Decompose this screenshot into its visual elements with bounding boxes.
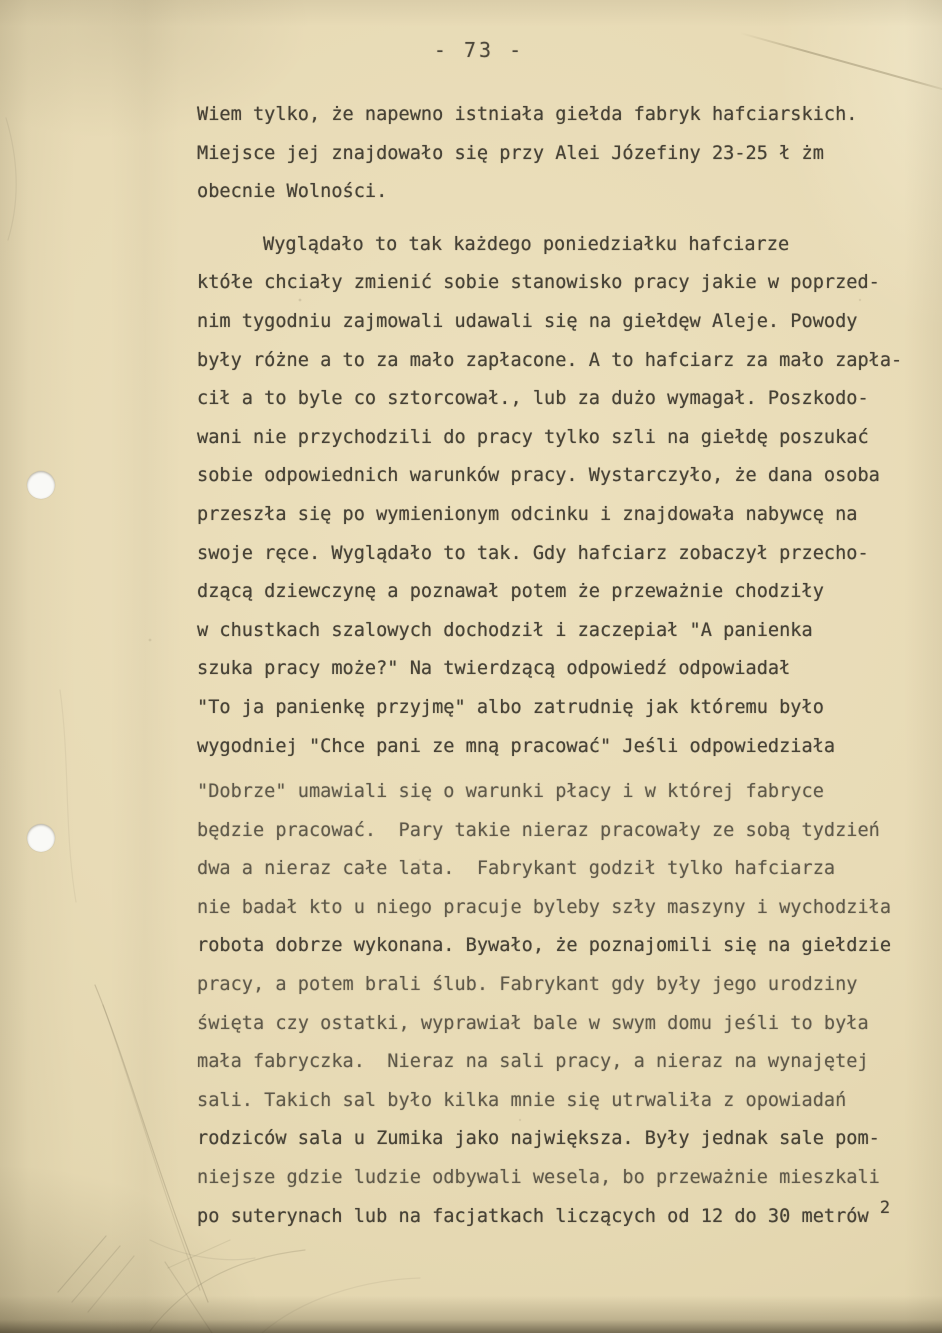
text-line-content: niejsze gdzie ludzie odbywali wesela, bo… — [197, 1167, 880, 1188]
text-line-content: po suterynach lub na facjatkach liczącyc… — [197, 1206, 880, 1227]
text-line: niejsze gdzie ludzie odbywali wesela, bo… — [197, 1159, 921, 1198]
text-line: w chustkach szalowych dochodził i zaczep… — [197, 612, 921, 651]
text-line: pracy, a potem brali ślub. Fabrykant gdy… — [197, 966, 921, 1005]
text-line: Wiem tylko, że napewno istniała giełda f… — [197, 96, 921, 135]
typewritten-text-block: Wiem tylko, że napewno istniała giełda f… — [197, 96, 921, 1236]
text-line-content: swoje ręce. Wyglądało to tak. Gdy hafcia… — [197, 543, 869, 564]
text-line-content: były różne a to za mało zapłacone. A to … — [197, 350, 902, 371]
text-line-content: będzie pracować. Pary takie nieraz praco… — [197, 820, 880, 841]
text-line-content: mała fabryczka. Nieraz na sali pracy, a … — [197, 1051, 869, 1072]
text-line-content: pracy, a potem brali ślub. Fabrykant gdy… — [197, 974, 857, 995]
page-number: - 73 - — [0, 38, 942, 62]
text-line-content: wygodniej "Chce pani ze mną pracować" Je… — [197, 736, 835, 757]
paper-fold-shading — [110, 0, 180, 1333]
text-line: "To ja panienkę przyjmę" albo zatrudnię … — [197, 689, 921, 728]
text-line-content: wani nie przychodzili do pracy tylko szl… — [197, 427, 869, 448]
text-line: będzie pracować. Pary takie nieraz praco… — [197, 812, 921, 851]
scanned-page: - 73 - Wiem tylko, że napewno istniała g… — [0, 0, 942, 1333]
text-line-content: "To ja panienkę przyjmę" albo zatrudnię … — [197, 697, 824, 718]
text-line-content: w chustkach szalowych dochodził i zaczep… — [197, 620, 813, 641]
text-line-content: dzącą dziewczynę a poznawał potem że prz… — [197, 581, 824, 602]
text-line-content: robota dobrze wykonana. Bywało, że pozna… — [197, 935, 891, 956]
text-line: po suterynach lub na facjatkach liczącyc… — [197, 1198, 921, 1237]
text-line: święta czy ostatki, wyprawiał bale w swy… — [197, 1005, 921, 1044]
text-line: "Dobrze" umawiali się o warunki płacy i … — [197, 773, 921, 812]
text-line-content: Wiem tylko, że napewno istniała giełda f… — [197, 104, 857, 125]
text-line-content: nim tygodniu zajmowali udawali się na gi… — [197, 311, 857, 332]
text-line-content: sobie odpowiednich warunków pracy. Wysta… — [197, 465, 880, 486]
text-line-content: dwa a nieraz całe lata. Fabrykant godził… — [197, 858, 835, 879]
text-line: któłe chciały zmienić sobie stanowisko p… — [197, 264, 921, 303]
text-line-content: "Dobrze" umawiali się o warunki płacy i … — [197, 781, 824, 802]
text-line: Miejsce jej znajdowało się przy Alei Józ… — [197, 135, 921, 174]
text-line-content: Wyglądało to tak każdego poniedziałku ha… — [263, 234, 789, 255]
text-line: cił a to byle co sztorcował., lub za duż… — [197, 380, 921, 419]
text-line: rodziców sala u Zumika jako największa. … — [197, 1120, 921, 1159]
punch-hole-bottom — [27, 824, 55, 852]
text-line: obecnie Wolności. — [197, 173, 921, 212]
text-line: wani nie przychodzili do pracy tylko szl… — [197, 419, 921, 458]
text-line: nim tygodniu zajmowali udawali się na gi… — [197, 303, 921, 342]
text-line: robota dobrze wykonana. Bywało, że pozna… — [197, 927, 921, 966]
punch-hole-top — [27, 471, 55, 499]
text-line: swoje ręce. Wyglądało to tak. Gdy hafcia… — [197, 535, 921, 574]
text-line-content: cił a to byle co sztorcował., lub za duż… — [197, 388, 869, 409]
text-line: nie badał kto u niego pracuje byleby szł… — [197, 889, 921, 928]
text-line: sali. Takich sal było kilka mnie się utr… — [197, 1082, 921, 1121]
text-line: sobie odpowiednich warunków pracy. Wysta… — [197, 457, 921, 496]
text-line: wygodniej "Chce pani ze mną pracować" Je… — [197, 728, 921, 767]
text-line: dzącą dziewczynę a poznawał potem że prz… — [197, 573, 921, 612]
text-line-content: obecnie Wolności. — [197, 181, 387, 202]
text-line: przeszła się po wymienionym odcinku i zn… — [197, 496, 921, 535]
text-line: były różne a to za mało zapłacone. A to … — [197, 342, 921, 381]
text-line-content: rodziców sala u Zumika jako największa. … — [197, 1128, 880, 1149]
text-line-content: któłe chciały zmienić sobie stanowisko p… — [197, 272, 880, 293]
text-line-content: nie badał kto u niego pracuje byleby szł… — [197, 897, 891, 918]
text-line-content: przeszła się po wymienionym odcinku i zn… — [197, 504, 857, 525]
text-line-content: szuka pracy może?" Na twierdzącą odpowie… — [197, 658, 790, 679]
superscript: 2 — [880, 1198, 890, 1218]
text-line: mała fabryczka. Nieraz na sali pracy, a … — [197, 1043, 921, 1082]
text-line-content: sali. Takich sal było kilka mnie się utr… — [197, 1090, 846, 1111]
text-line: szuka pracy może?" Na twierdzącą odpowie… — [197, 650, 921, 689]
text-line: dwa a nieraz całe lata. Fabrykant godził… — [197, 850, 921, 889]
text-line-content: Miejsce jej znajdowało się przy Alei Józ… — [197, 143, 824, 164]
text-line-content: święta czy ostatki, wyprawiał bale w swy… — [197, 1013, 869, 1034]
text-line: Wyglądało to tak każdego poniedziałku ha… — [197, 226, 921, 265]
